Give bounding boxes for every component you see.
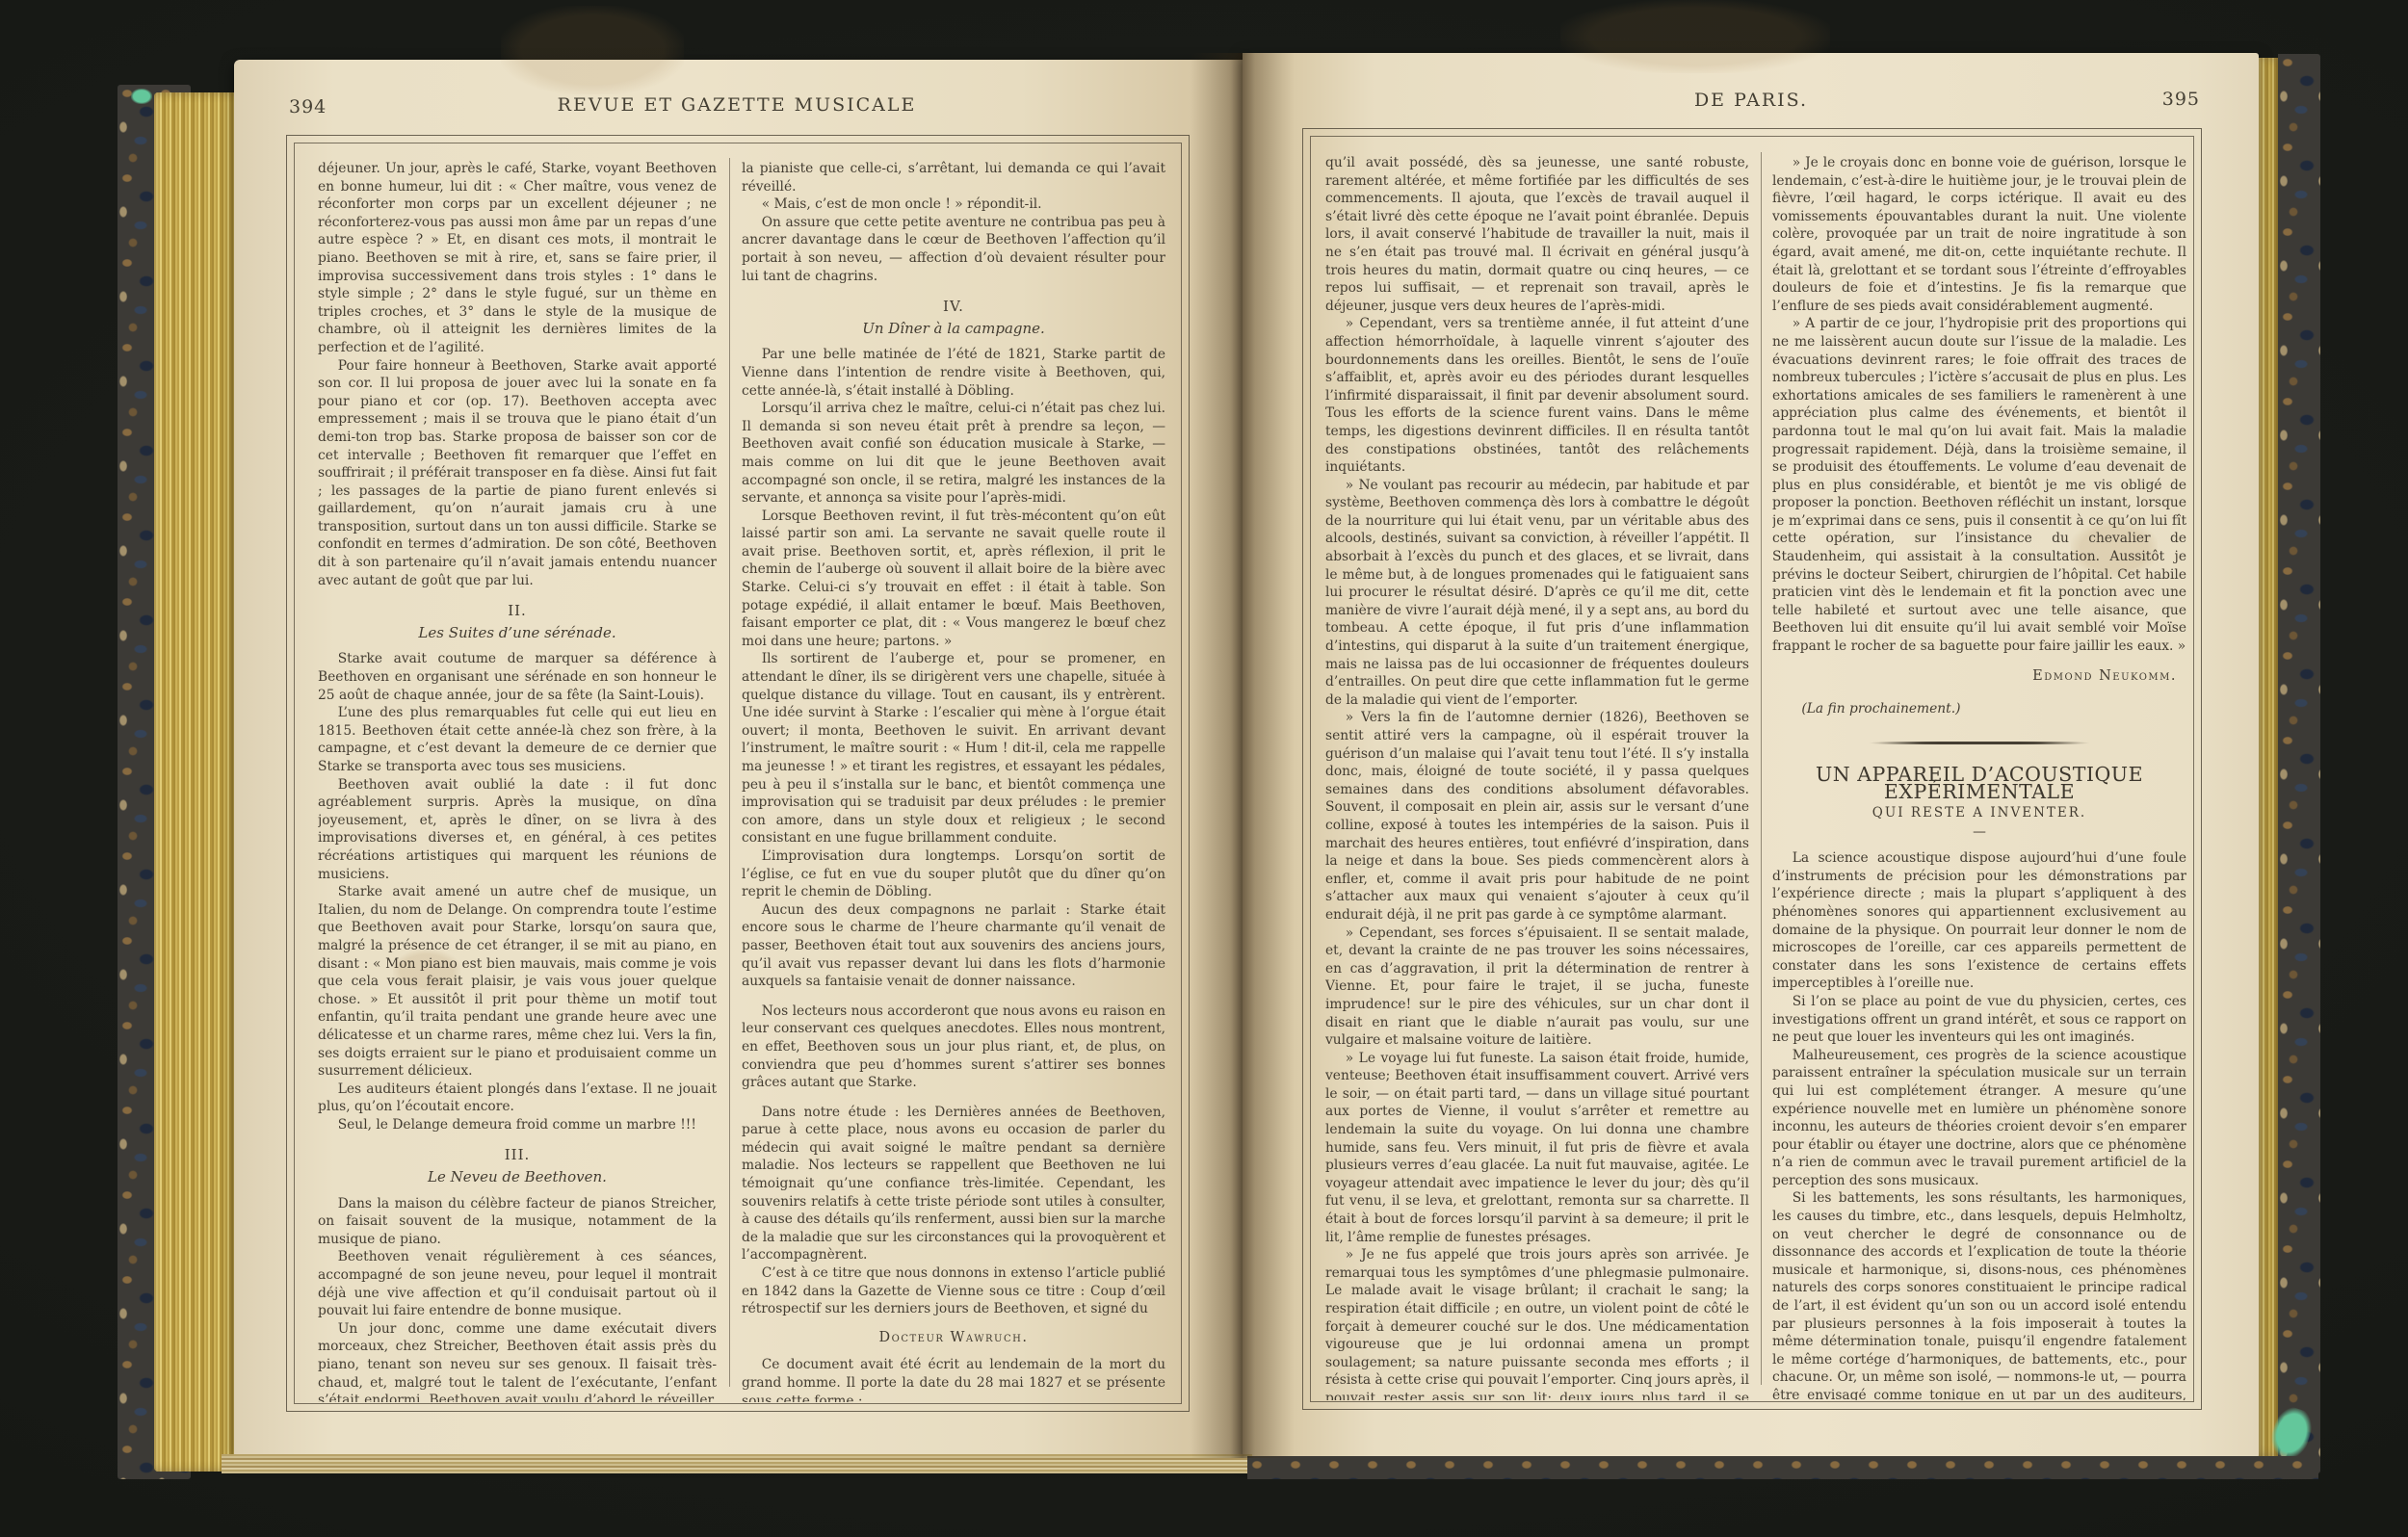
paragraph: Nos lecteurs nous accorderont que nous a… <box>742 1003 1165 1092</box>
paragraph: C’est à ce titre que nous donnons in ext… <box>742 1264 1165 1318</box>
column-divider-right-page <box>1761 152 1762 1385</box>
article-subtitle: QUI RESTE A INVENTER. <box>1772 804 2186 822</box>
section-title: Un Dîner à la campagne. <box>742 320 1165 338</box>
paragraph: » Ne voulant pas recourir au médecin, pa… <box>1325 477 1749 710</box>
paragraph: Beethoven venait régulièrement à ces séa… <box>318 1248 717 1319</box>
marble-teal-fleck-top-left <box>131 89 152 104</box>
marbled-bottom-edge <box>1247 1456 2318 1479</box>
paragraph: Dans la maison du célèbre facteur de pia… <box>318 1195 717 1249</box>
gutter-shadow <box>1191 53 1295 1458</box>
paragraph: Si l’on se place au point de vue du phys… <box>1772 993 2186 1047</box>
paper-stain <box>501 6 684 94</box>
continuation-note: (La fin prochainement.) <box>1772 700 2186 718</box>
section-title: Les Suites d’une sérénade. <box>318 624 717 642</box>
signature: Edmond Neukomm. <box>1772 667 2177 686</box>
right-page-column-1: qu’il avait possédé, dès sa jeunesse, un… <box>1325 154 1749 1400</box>
paragraph: » A partir de ce jour, l’hydropisie prit… <box>1772 315 2186 655</box>
paragraph-continuation: qu’il avait possédé, dès sa jeunesse, un… <box>1325 154 1749 315</box>
paragraph: « Mais, c’est de mon oncle ! » répondit-… <box>742 195 1165 214</box>
paragraph: L’une des plus remarquables fut celle qu… <box>318 704 717 775</box>
scan-background: 394 REVUE ET GAZETTE MUSICALE DE PARIS. … <box>0 0 2408 1537</box>
article-title: UN APPAREIL D’ACOUSTIQUE EXPÉRIMENTALE <box>1772 766 2186 801</box>
paragraph-continuation: déjeuner. Un jour, après le café, Starke… <box>318 160 717 357</box>
page-block-bottom-edge <box>222 1454 1252 1473</box>
running-title-left: REVUE ET GAZETTE MUSICALE <box>286 94 1188 116</box>
paragraph: Si les battements, les sons résultants, … <box>1772 1189 2186 1400</box>
paragraph: » Je le croyais donc en bonne voie de gu… <box>1772 154 2186 315</box>
spacer <box>742 991 1165 1003</box>
paragraph: Beethoven avait oublié la date : il fut … <box>318 776 717 884</box>
page-number-right: 395 <box>2146 89 2200 110</box>
paragraph: Lorsque Beethoven revint, il fut très-mé… <box>742 508 1165 651</box>
section-number: III. <box>318 1146 717 1164</box>
right-page-column-2: » Je le croyais donc en bonne voie de gu… <box>1772 154 2186 1400</box>
running-title-right: DE PARIS. <box>1302 90 2200 111</box>
paragraph: Starke avait amené un autre chef de musi… <box>318 883 717 1081</box>
paper-stain <box>1560 0 1830 73</box>
spacer <box>742 1092 1165 1104</box>
paragraph: Seul, le Delange demeura froid comme un … <box>318 1116 717 1134</box>
paragraph: Aucun des deux compagnons ne parlait : S… <box>742 901 1165 991</box>
byline: Docteur Wawruch. <box>742 1329 1165 1347</box>
paragraph: Starke avait coutume de marquer sa défér… <box>318 650 717 704</box>
marbled-board-edge-right <box>2278 54 2320 1473</box>
paragraph: Par une belle matinée de l’été de 1821, … <box>742 346 1165 400</box>
dash: — <box>1772 823 2186 842</box>
column-divider-left-page <box>729 158 730 1387</box>
section-number: II. <box>318 602 717 620</box>
paragraph: Ce document avait été écrit au lendemain… <box>742 1356 1165 1402</box>
paragraph: On assure que cette petite aventure ne c… <box>742 214 1165 285</box>
paragraph: Dans notre étude : les Dernières années … <box>742 1104 1165 1264</box>
paragraph-continuation: la pianiste que celle-ci, s’arrêtant, lu… <box>742 160 1165 195</box>
paragraph: Malheureusement, ces progrès de la scien… <box>1772 1047 2186 1190</box>
paragraph: » Cependant, ses forces s’épuisaient. Il… <box>1325 925 1749 1050</box>
paragraph: » Le voyage lui fut funeste. La saison é… <box>1325 1050 1749 1247</box>
paragraph: La science acoustique dispose aujourd’hu… <box>1772 849 2186 993</box>
paragraph: » Vers la fin de l’automne dernier (1826… <box>1325 709 1749 924</box>
paragraph: » Je ne fus appelé que trois jours après… <box>1325 1246 1749 1400</box>
section-title: Le Neveu de Beethoven. <box>318 1168 717 1186</box>
left-page-column-2: la pianiste que celle-ci, s’arrêtant, lu… <box>742 160 1165 1402</box>
section-number: IV. <box>742 298 1165 316</box>
paragraph: Ils sortirent de l’auberge et, pour se p… <box>742 650 1165 847</box>
paragraph: Pour faire honneur à Beethoven, Starke a… <box>318 357 717 590</box>
paragraph: Lorsqu’il arriva chez le maître, celui-c… <box>742 400 1165 508</box>
paragraph: » Cependant, vers sa trentième année, il… <box>1325 315 1749 476</box>
paragraph: Un jour donc, comme une dame exécutait d… <box>318 1320 717 1402</box>
divider-rule <box>1869 742 2090 744</box>
paragraph: Les auditeurs étaient plongés dans l’ext… <box>318 1081 717 1116</box>
paragraph: L’improvisation dura longtemps. Lorsqu’o… <box>742 847 1165 901</box>
left-page-column-1: déjeuner. Un jour, après le café, Starke… <box>318 160 717 1402</box>
